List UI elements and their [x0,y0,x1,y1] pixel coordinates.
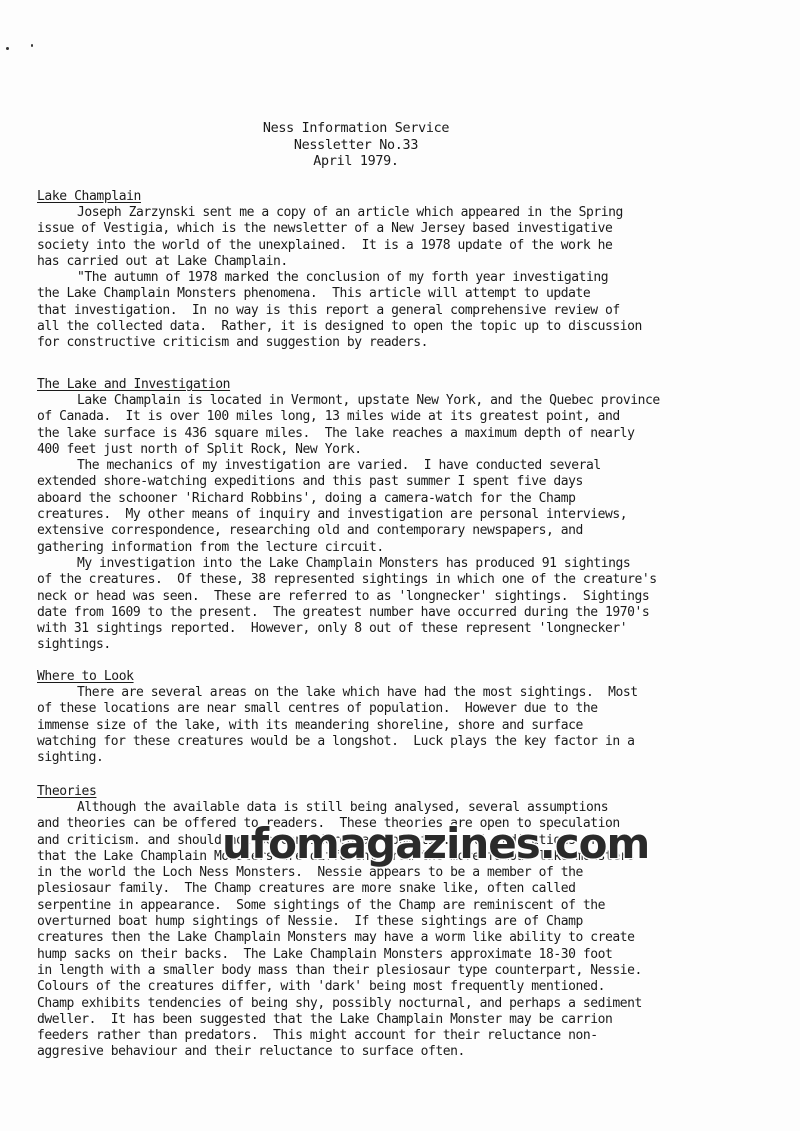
text-line: has carried out at Lake Champlain. [37,254,767,270]
text-line: Lake Champlain is located in Vermont, up… [37,393,767,409]
text-line: Colours of the creatures differ, with 'd… [37,979,767,995]
text-line: My investigation into the Lake Champlain… [37,556,767,572]
text-line: creatures. My other means of inquiry and… [37,507,767,523]
text-line: "The autumn of 1978 marked the conclusio… [37,270,767,286]
text-line: for constructive criticism and suggestio… [37,335,767,351]
text-line: the lake surface is 436 square miles. Th… [37,426,767,442]
text-line: feeders rather than predators. This migh… [37,1028,767,1044]
section-title: Theories [37,783,96,800]
section-lake-champlain: Lake Champlain Joseph Zarzynski sent me … [37,185,767,352]
text-line: with 31 sightings reported. However, onl… [37,621,767,637]
text-line: extensive correspondence, researching ol… [37,523,767,539]
text-line: aggresive behaviour and their reluctance… [37,1044,767,1060]
text-line: neck or head was seen. These are referre… [37,589,767,605]
text-line: Joseph Zarzynski sent me a copy of an ar… [37,205,767,221]
text-line: sighting. [37,750,767,766]
text-line: that investigation. In no way is this re… [37,303,767,319]
section-lake-and-investigation: The Lake and Investigation Lake Champlai… [37,373,767,654]
text-line: immense size of the lake, with its meand… [37,718,767,734]
watermark: ufomagazines.com [222,822,649,866]
text-line: creatures then the Lake Champlain Monste… [37,930,767,946]
scan-speck [31,44,33,47]
text-line: of the creatures. Of these, 38 represent… [37,572,767,588]
text-line: dweller. It has been suggested that the … [37,1012,767,1028]
text-line: of these locations are near small centre… [37,701,767,717]
section-title: Where to Look [37,668,134,685]
text-line: in length with a smaller body mass than … [37,963,767,979]
issue-date: April 1979. [0,154,712,171]
text-line: Champ exhibits tendencies of being shy, … [37,996,767,1012]
section-body: There are several areas on the lake whic… [37,685,767,766]
section-where-to-look: Where to Look There are several areas on… [37,665,767,766]
section-body: Lake Champlain is located in Vermont, up… [37,393,767,654]
text-line: hump sacks on their backs. The Lake Cham… [37,947,767,963]
text-line: gathering information from the lecture c… [37,540,767,556]
section-title: The Lake and Investigation [37,376,230,393]
text-line: society into the world of the unexplaine… [37,238,767,254]
newsletter-header: Ness Information Service Nessletter No.3… [0,121,712,171]
text-line: overturned boat hump sightings of Nessie… [37,914,767,930]
text-line: 400 feet just north of Split Rock, New Y… [37,442,767,458]
scan-speck [6,47,9,50]
text-line: There are several areas on the lake whic… [37,685,767,701]
issue-number: Nessletter No.33 [0,138,712,155]
text-line: extended shore-watching expeditions and … [37,474,767,490]
text-line: Although the available data is still bei… [37,800,767,816]
text-line: all the collected data. Rather, it is de… [37,319,767,335]
section-body: Joseph Zarzynski sent me a copy of an ar… [37,205,767,352]
text-line: watching for these creatures would be a … [37,734,767,750]
text-line: The mechanics of my investigation are va… [37,458,767,474]
text-line: aboard the schooner 'Richard Robbins', d… [37,491,767,507]
text-line: date from 1609 to the present. The great… [37,605,767,621]
org-name: Ness Information Service [0,121,712,138]
text-line: plesiosaur family. The Champ creatures a… [37,881,767,897]
newsletter-page: Ness Information Service Nessletter No.3… [0,0,800,1131]
text-line: issue of Vestigia, which is the newslett… [37,221,767,237]
text-line: of Canada. It is over 100 miles long, 13… [37,409,767,425]
section-title: Lake Champlain [37,188,141,205]
text-line: sightings. [37,637,767,653]
text-line: serpentine in appearance. Some sightings… [37,898,767,914]
text-line: the Lake Champlain Monsters phenomena. T… [37,286,767,302]
